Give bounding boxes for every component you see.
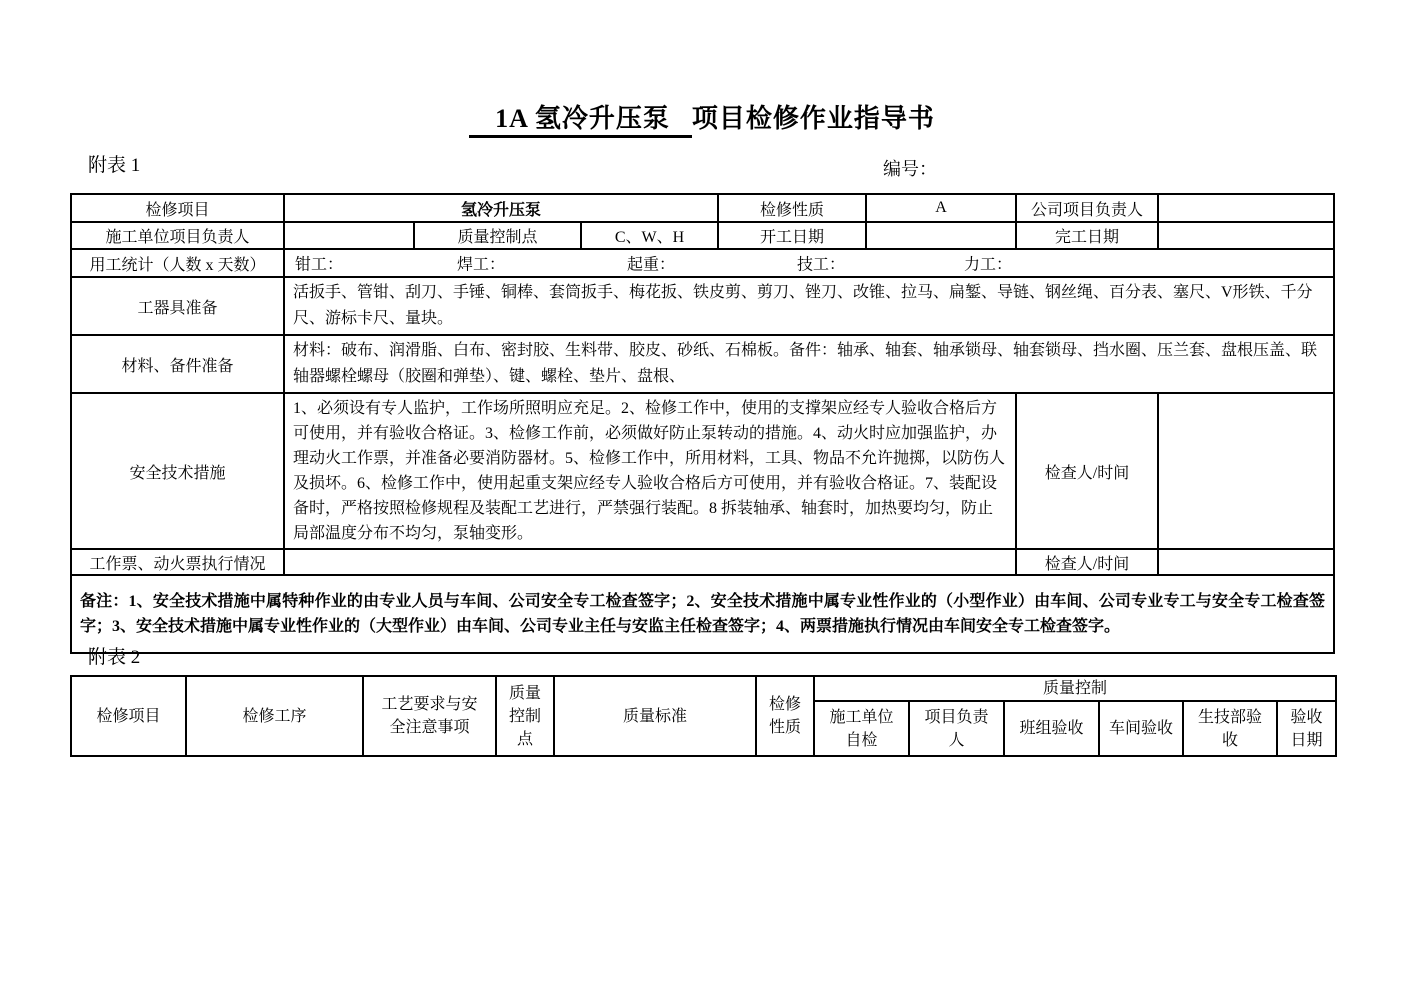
safety-inspector-value-cell xyxy=(1158,393,1334,549)
appendix1-label: 附表 1 xyxy=(88,150,140,177)
t2-qc-point-header: 质量 控制 点 xyxy=(496,676,554,756)
work-ticket-value-cell xyxy=(284,549,1016,575)
appendix2-label: 附表 2 xyxy=(88,642,140,669)
constructor-manager-value-cell xyxy=(284,222,414,249)
repair-item-label: 检修项目 xyxy=(71,194,284,222)
t2-nature-header: 检修 性质 xyxy=(756,676,814,756)
finish-date-label: 完工日期 xyxy=(1016,222,1158,249)
safety-measures-label: 安全技术措施 xyxy=(71,393,284,549)
title-underlined-part: 1A 氢冷升压泵 xyxy=(469,104,692,138)
t2-quality-standard-header: 质量标准 xyxy=(554,676,756,756)
labor-fitter-label: 钳工： xyxy=(295,252,343,275)
constructor-manager-label: 施工单位项目负责人 xyxy=(71,222,284,249)
ticket-inspector-value-cell xyxy=(1158,549,1334,575)
document-title: 1A 氢冷升压泵项目检修作业指导书 xyxy=(0,98,1404,135)
labor-skilled-label: 技工： xyxy=(797,252,845,275)
t2-project-manager-header: 项目负责 人 xyxy=(909,701,1004,756)
safety-measures-value: 1、必须设有专人监护，工作场所照明应充足。2、检修工作中，使用的支撑架应经专人验… xyxy=(284,393,1016,549)
qc-point-value: C、W、H xyxy=(581,222,718,249)
repair-item-value: 氢冷升压泵 xyxy=(284,194,718,222)
labor-welder-label: 焊工： xyxy=(457,252,505,275)
finish-date-value-cell xyxy=(1158,222,1334,249)
document-page: 1A 氢冷升压泵项目检修作业指导书 附表 1 编号： 检修项目 氢冷升压泵 检修… xyxy=(0,0,1404,993)
t2-craft-requirements-header: 工艺要求与安 全注意事项 xyxy=(363,676,496,756)
tools-label: 工器具准备 xyxy=(71,277,284,335)
start-date-value-cell xyxy=(866,222,1016,249)
tools-value: 活扳手、管钳、刮刀、手锤、铜棒、套筒扳手、梅花扳、铁皮剪、剪刀、锉刀、改锥、拉马… xyxy=(284,277,1334,335)
labor-stats-cell: 钳工： 焊工： 起重： 技工： 力工： xyxy=(284,249,1334,277)
remark-cell: 备注：1、安全技术措施中属特种作业的由专业人员与车间、公司安全专工检查签字；2、… xyxy=(71,575,1334,653)
t2-self-check-header: 施工单位 自检 xyxy=(814,701,909,756)
appendix1-table: 检修项目 氢冷升压泵 检修性质 A 公司项目负责人 施工单位项目负责人 质量控制… xyxy=(70,193,1335,654)
t2-workshop-accept-header: 车间验收 xyxy=(1099,701,1183,756)
work-ticket-label: 工作票、动火票执行情况 xyxy=(71,549,284,575)
labor-rigger-label: 起重： xyxy=(627,252,675,275)
t2-team-accept-header: 班组验收 xyxy=(1004,701,1099,756)
ticket-inspector-label: 检查人/时间 xyxy=(1016,549,1158,575)
repair-nature-value: A xyxy=(866,194,1016,222)
safety-inspector-label: 检查人/时间 xyxy=(1016,393,1158,549)
t2-procedure-header: 检修工序 xyxy=(186,676,363,756)
t2-quality-control-group-header: 质量控制 xyxy=(814,676,1336,701)
company-manager-value-cell xyxy=(1158,194,1334,222)
labor-laborer-label: 力工： xyxy=(964,252,1012,275)
company-manager-label: 公司项目负责人 xyxy=(1016,194,1158,222)
materials-label: 材料、备件准备 xyxy=(71,335,284,393)
repair-nature-label: 检修性质 xyxy=(718,194,866,222)
t2-repair-item-header: 检修项目 xyxy=(71,676,186,756)
title-rest-part: 项目检修作业指导书 xyxy=(692,104,935,133)
qc-point-label: 质量控制点 xyxy=(414,222,581,249)
start-date-label: 开工日期 xyxy=(718,222,866,249)
labor-stats-label: 用工统计（人数 x 天数） xyxy=(71,249,284,277)
t2-tech-dept-accept-header: 生技部验 收 xyxy=(1183,701,1277,756)
materials-value: 材料：破布、润滑脂、白布、密封胶、生料带、胶皮、砂纸、石棉板。备件：轴承、轴套、… xyxy=(284,335,1334,393)
serial-number-label: 编号： xyxy=(883,155,937,181)
t2-accept-date-header: 验收 日期 xyxy=(1277,701,1336,756)
appendix2-table: 检修项目 检修工序 工艺要求与安 全注意事项 质量 控制 点 质量标准 检修 性… xyxy=(70,675,1337,757)
